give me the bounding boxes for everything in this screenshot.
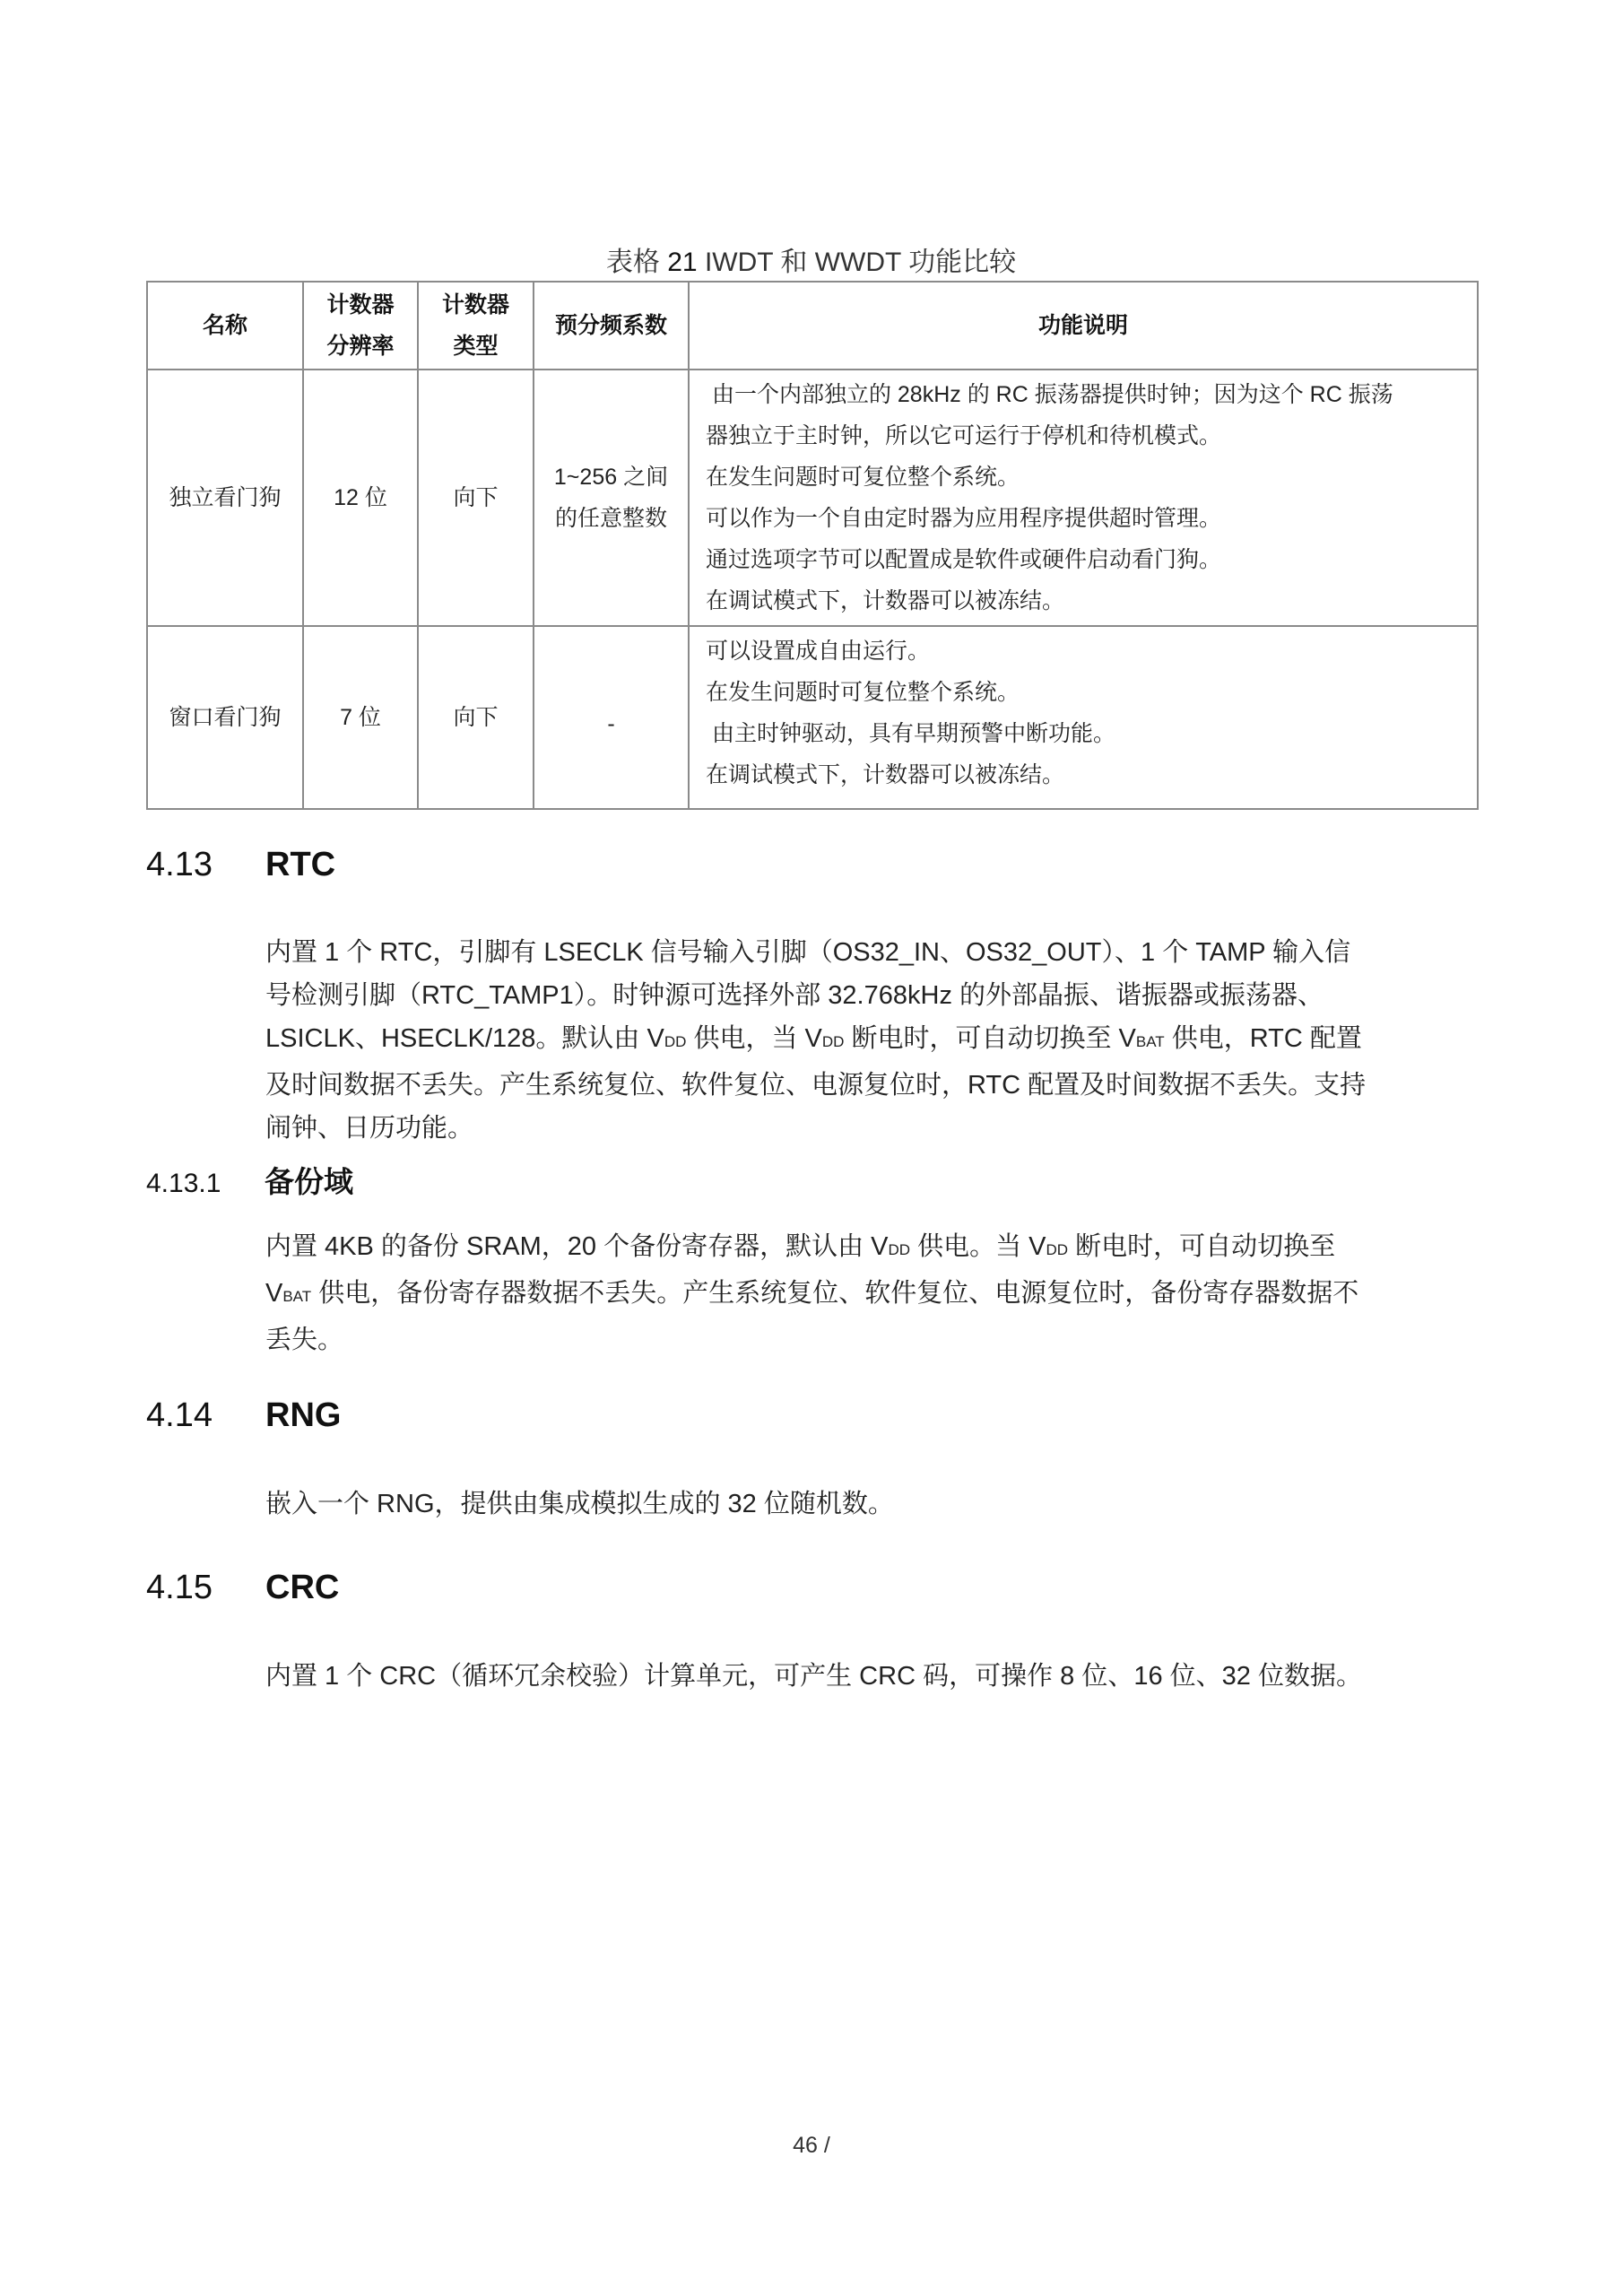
cell-description: 可以设置成自由运行。 在发生问题时可复位整个系统。 由主时钟驱动，具有早期预警中… — [689, 626, 1478, 809]
cell-prescaler: 1~256 之间的任意整数 — [534, 370, 689, 626]
caption-title: IWDT 和 WWDT 功能比较 — [705, 248, 1016, 277]
cell-name: 窗口看门狗 — [147, 626, 303, 809]
cell-type: 向下 — [418, 370, 534, 626]
cell-resolution: 7 位 — [303, 626, 418, 809]
crc-paragraph: 内置 1 个 CRC（循环冗余校验）计算单元，可产生 CRC 码，可操作 8 位… — [265, 1655, 1485, 1698]
header-name: 名称 — [147, 282, 303, 370]
table-header-row: 名称 计数器分辨率 计数器类型 预分频系数 功能说明 — [147, 282, 1478, 370]
cell-description: 由一个内部独立的 28kHz 的 RC 振荡器提供时钟；因为这个 RC 振荡 器… — [689, 370, 1478, 626]
table-caption: 表格 21 IWDT 和 WWDT 功能比较 — [146, 246, 1476, 280]
header-resolution: 计数器分辨率 — [303, 282, 418, 370]
rtc-paragraph: 内置 1 个 RTC，引脚有 LSECLK 信号输入引脚（OS32_IN、OS3… — [265, 931, 1485, 1150]
table-row: 窗口看门狗 7 位 向下 - 可以设置成自由运行。 在发生问题时可复位整个系统。… — [147, 626, 1478, 809]
section-heading-rng: 4.14RNG — [146, 1395, 341, 1436]
cell-name: 独立看门狗 — [147, 370, 303, 626]
rng-paragraph: 嵌入一个 RNG，提供由集成模拟生成的 32 位随机数。 — [265, 1483, 1485, 1526]
header-prescaler: 预分频系数 — [534, 282, 689, 370]
cell-prescaler: - — [534, 626, 689, 809]
caption-prefix: 表格 — [606, 248, 660, 277]
section-heading-rtc: 4.13RTC — [146, 844, 335, 885]
page-number: 46 / — [0, 2133, 1623, 2159]
table-row: 独立看门狗 12 位 向下 1~256 之间的任意整数 由一个内部独立的 28k… — [147, 370, 1478, 626]
iwdt-wwdt-comparison-table: 名称 计数器分辨率 计数器类型 预分频系数 功能说明 独立看门狗 12 位 向下… — [146, 281, 1479, 810]
section-heading-backup-domain: 4.13.1备份域 — [146, 1164, 353, 1202]
cell-resolution: 12 位 — [303, 370, 418, 626]
caption-number: 21 — [667, 248, 697, 277]
header-type: 计数器类型 — [418, 282, 534, 370]
cell-type: 向下 — [418, 626, 534, 809]
header-description: 功能说明 — [689, 282, 1478, 370]
section-heading-crc: 4.15CRC — [146, 1567, 339, 1608]
backup-domain-paragraph: 内置 4KB 的备份 SRAM，20 个备份寄存器，默认由 VDD 供电。当 V… — [265, 1225, 1485, 1361]
